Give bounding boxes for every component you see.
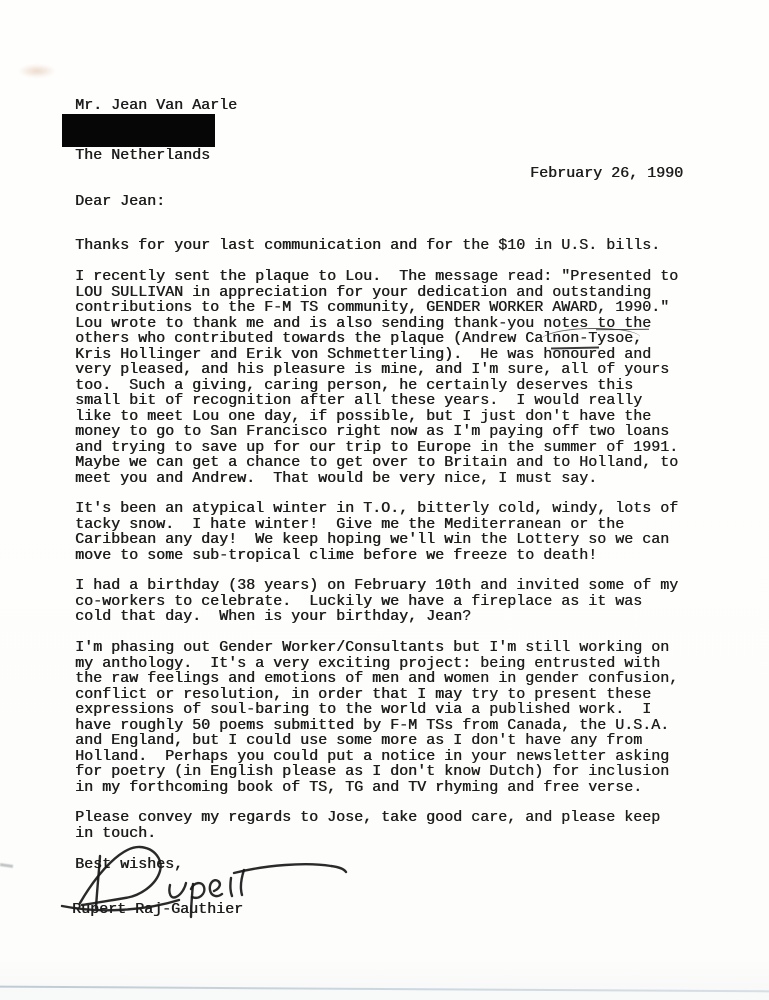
- letter-page: Mr. Jean Van Aarle The Netherlands Febru…: [0, 0, 769, 1000]
- scan-edge-mark: [0, 863, 13, 868]
- salutation: Dear Jean:: [75, 194, 165, 210]
- recipient-name: Mr. Jean Van Aarle: [75, 98, 237, 114]
- paragraph-winter: It's been an atypical winter in T.O., bi…: [75, 501, 678, 563]
- paragraph-anthology: I'm phasing out Gender Worker/Consultant…: [75, 640, 678, 795]
- paragraph-birthday: I had a birthday (38 years) on February …: [75, 578, 678, 625]
- recipient-country: The Netherlands: [75, 148, 210, 164]
- redacted-address-bar: [62, 114, 215, 147]
- paragraph-regards: Please convey my regards to Jose, take g…: [75, 810, 660, 841]
- paragraph-plaque: I recently sent the plaque to Lou. The m…: [75, 269, 678, 486]
- paragraph-thanks: Thanks for your last communication and f…: [75, 238, 660, 254]
- scan-smudge: [18, 64, 56, 78]
- letter-date: February 26, 1990: [530, 166, 683, 182]
- typed-name: Rupert Raj-Gauthier: [72, 902, 243, 918]
